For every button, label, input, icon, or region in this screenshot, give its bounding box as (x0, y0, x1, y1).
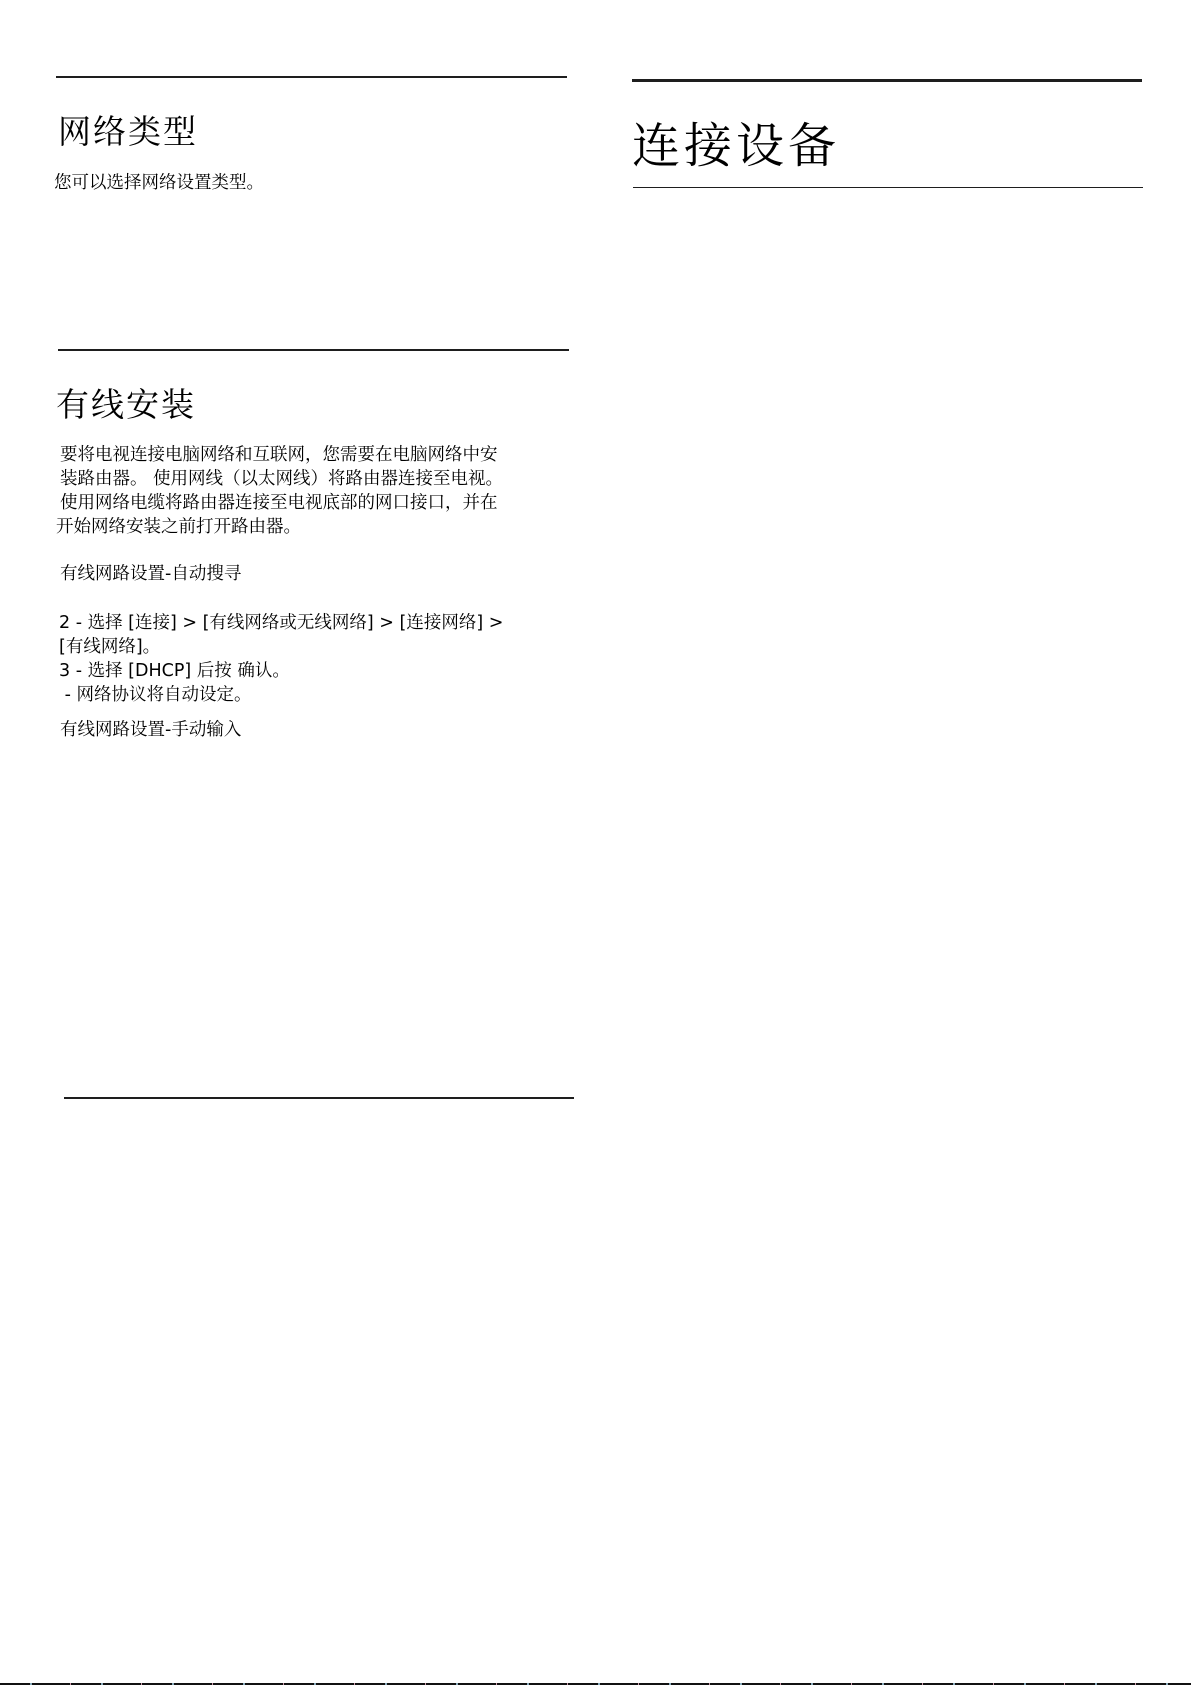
section-heading-wired-install: 有线安装 (56, 385, 196, 425)
section-divider-top-left (56, 76, 567, 78)
step-line: 2 - 选择 [连接] > [有线网络或无线网络] > [连接网络] > (59, 611, 539, 635)
network-type-description: 您可以选择网络设置类型。 (54, 171, 264, 195)
intro-line: 使用网络电缆将路由器连接至电视底部的网口接口，并在 (56, 491, 536, 515)
section-divider-wired (58, 349, 569, 351)
intro-line: 开始网络安装之前打开路由器。 (56, 515, 536, 539)
chapter-title-connect-devices: 连接设备 (632, 118, 840, 174)
manual-input-title: 有线网路设置-手动输入 (60, 718, 241, 742)
auto-search-steps: 2 - 选择 [连接] > [有线网络或无线网络] > [连接网络] > [有线… (59, 611, 539, 707)
chapter-divider-top (632, 79, 1142, 82)
step-line: [有线网络]。 (59, 635, 539, 659)
wired-install-intro: 要将电视连接电脑网络和互联网，您需要在电脑网络中安 装路由器。 使用网线（以太网… (56, 443, 536, 539)
section-heading-network-type: 网络类型 (58, 112, 198, 152)
chapter-divider-bottom (633, 187, 1143, 188)
intro-line: 装路由器。 使用网线（以太网线）将路由器连接至电视。 (56, 467, 536, 491)
auto-search-title: 有线网路设置-自动搜寻 (60, 562, 241, 586)
section-divider-bottom-left (64, 1097, 574, 1099)
intro-line: 要将电视连接电脑网络和互联网，您需要在电脑网络中安 (56, 443, 536, 467)
step-line: - 网络协议将自动设定。 (59, 683, 539, 707)
step-line: 3 - 选择 [DHCP] 后按 确认。 (59, 659, 539, 683)
